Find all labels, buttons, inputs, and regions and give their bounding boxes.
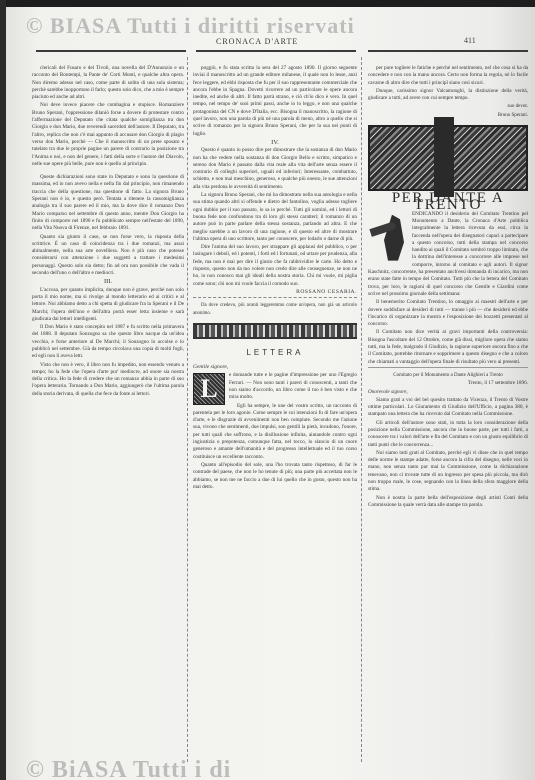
paragraph: L'accusa, per quanto implicita, dunque n… <box>32 287 184 323</box>
paragraph: Dire l'anima del suo lavoro, per strappa… <box>193 244 357 288</box>
footnote: Da dove credevo, più avanti leggeremmo c… <box>193 297 357 317</box>
letter-salutation: Gentile signore, <box>193 364 357 371</box>
paragraph: Noi deve invece piacere che combagina e … <box>32 102 184 168</box>
copyright-watermark-bottom: © BiASA Tutti i di <box>26 757 231 780</box>
paragraph: Egli ha sempre, le une del vostro scritt… <box>193 403 357 461</box>
decorated-initial: L <box>193 373 225 405</box>
paragraph: Non è nostra la parte bella dell'esposiz… <box>368 495 528 510</box>
paragraph: Il benemerito Comitato Trentino, lo omag… <box>368 299 528 328</box>
author-signature: ROSSANO CESARIA. <box>193 289 357 296</box>
paragraph: Siamo grati a voi del bel quesito tratta… <box>368 397 528 419</box>
paragraph: e domande tutte e le pagine d'impression… <box>229 372 357 400</box>
paragraph: per pure togliere le fatiche e perché ne… <box>368 65 528 87</box>
column-left: clericali del Fusaro e del Tivoli, una n… <box>32 65 184 399</box>
paragraph: Queste dichiarazioni sono state in Deput… <box>32 174 184 232</box>
paragraph: Il Don Mario è stato concepito nel 1887 … <box>32 324 184 360</box>
letter-salutation: Onorevole signore, <box>368 389 528 396</box>
letter-heading: LETTERA <box>193 349 357 356</box>
paragraph: Quanto sia giunto il caso, se non forse … <box>32 234 184 278</box>
section-number: IV. <box>193 139 357 146</box>
decorative-banner-illustration <box>368 125 528 191</box>
column-middle: poggiò, e fu stata scritta la sera del 2… <box>193 65 357 492</box>
committee-letterhead: Comitato per il Monumento a Dante Alighi… <box>368 367 528 379</box>
copyright-watermark-top: © BIASA Tutti i diritti riservati <box>26 13 355 39</box>
column-right: per pure togliere le fatiche e perché ne… <box>368 65 528 510</box>
banner-figure <box>434 117 454 197</box>
column-separator-2 <box>361 57 362 762</box>
paragraph: Quanto all'episodio del sole, una l'ho t… <box>193 462 357 491</box>
paragraph: Gli articoli dell'autore sono stati, in … <box>368 420 528 449</box>
paragraph: Questo è quanto io posso dire per dimost… <box>193 147 357 191</box>
paragraph: poggiò, e fu stata scritta la sera del 2… <box>193 65 357 138</box>
signature-closing: suo devot. <box>368 103 528 110</box>
paragraph: La signora Bruno Sperani, che mi ha dimo… <box>193 192 357 243</box>
scan-top-edge <box>0 0 535 7</box>
decorative-ornament-band <box>193 323 357 339</box>
article-title: PER DANTE A TRENTO <box>368 195 528 210</box>
header-rule-left <box>36 50 186 52</box>
paragraph: clericali del Fusaro e del Tivoli, una n… <box>32 65 184 101</box>
paragraph: Noi siamo tutti grati al Comitato, perch… <box>368 450 528 494</box>
header-rule-right <box>368 50 528 52</box>
running-head: CRONACA D'ARTE <box>216 37 298 46</box>
header-rule-middle <box>196 50 356 52</box>
letter-dateline: Trento, il 17 settembre 1896. <box>368 380 528 387</box>
trumpeter-illustration-icon <box>368 211 408 263</box>
column-separator-1 <box>187 57 188 762</box>
paragraph: Il Comitato non dice verità ai gravi imp… <box>368 329 528 365</box>
section-number: III. <box>32 278 184 285</box>
document-page: © BIASA Tutti i diritti riservati CRONAC… <box>6 7 535 780</box>
page-number: 411 <box>464 36 476 45</box>
paragraph: Visto che non è vero, il libro non fu im… <box>32 362 184 398</box>
paragraph: Dunque, carissimo signor Valcamonghi, la… <box>368 88 528 103</box>
